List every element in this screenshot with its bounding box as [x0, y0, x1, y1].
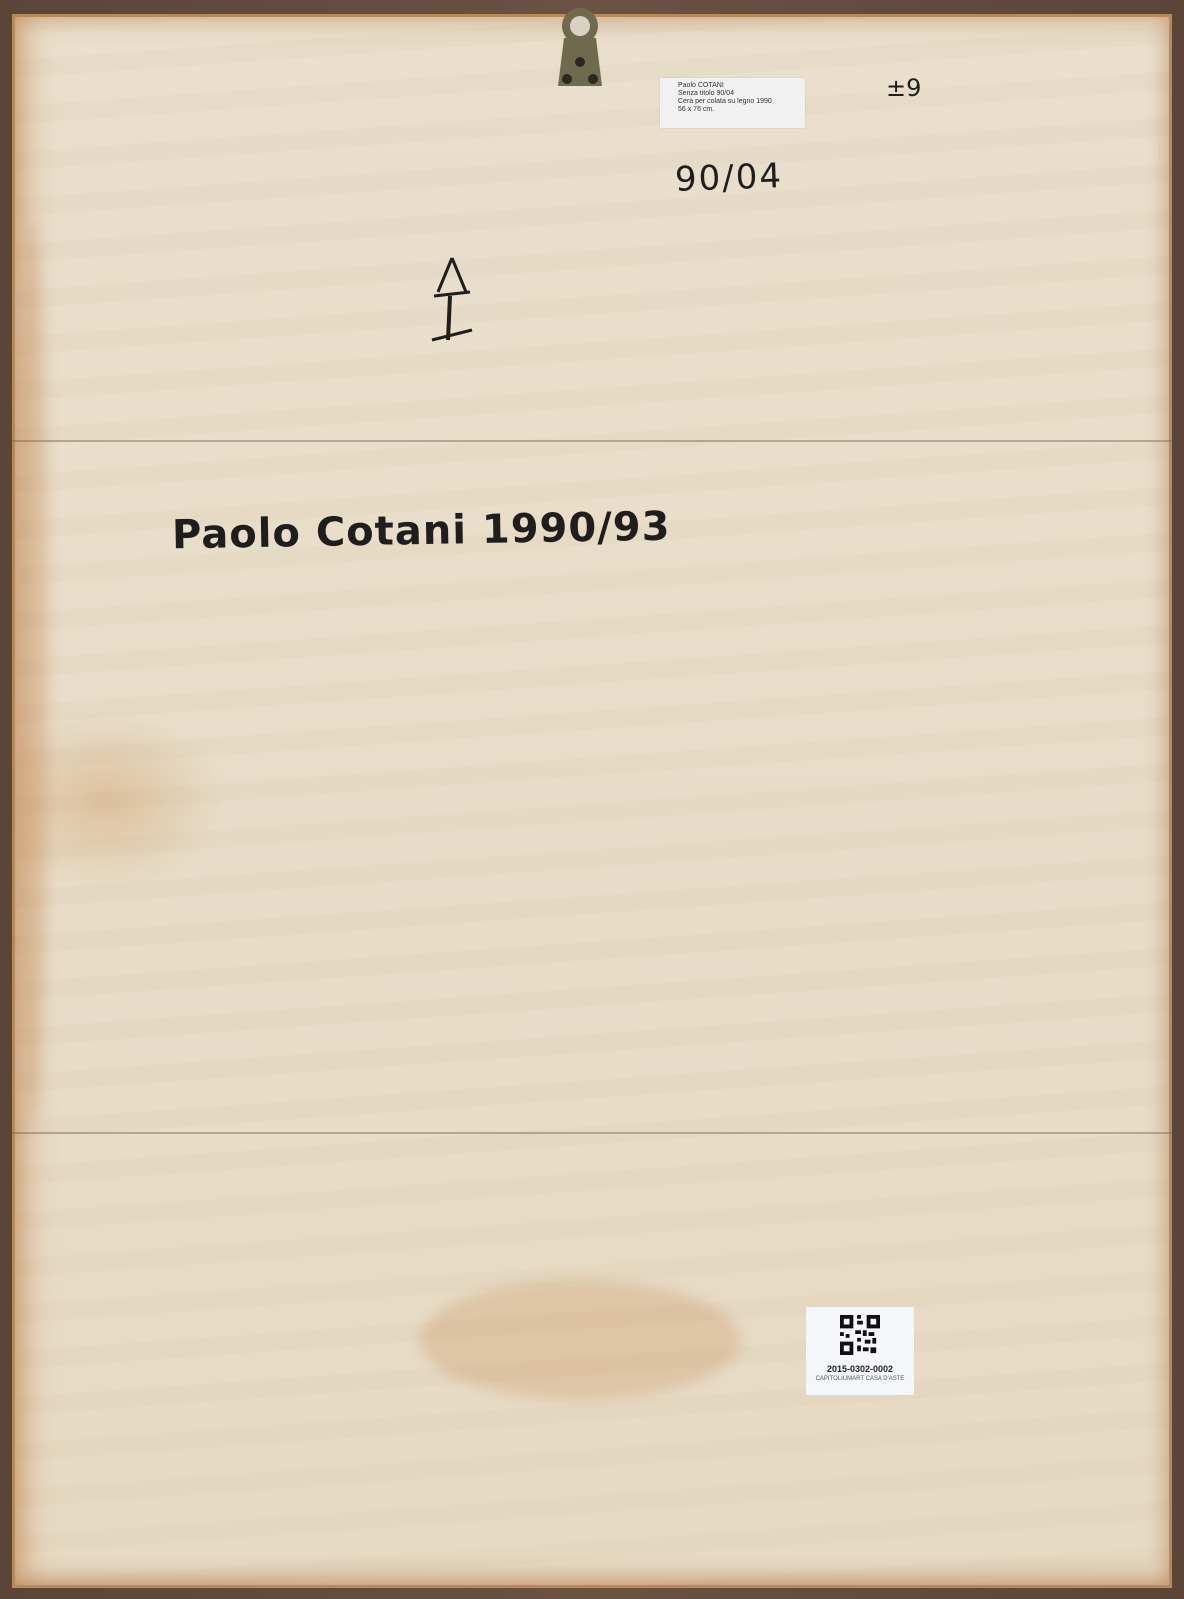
artist-signature: Paolo Cotani 1990/93: [172, 504, 671, 559]
label-dimensions: 56 x 76 cm.: [678, 106, 805, 114]
water-stain: [420, 1280, 740, 1400]
up-arrow-icon: [428, 252, 476, 344]
label-medium: Cera per colata su legno 1990: [678, 98, 805, 106]
inventory-sticker: 2015-0302-0002 CAPITOLIUMART CASA D'ASTE: [806, 1307, 914, 1395]
label-artist: Paolo COTANI: [678, 82, 805, 90]
water-stain: [18, 220, 48, 1120]
corner-mark: ±9: [886, 74, 921, 102]
plank-seam: [12, 440, 1172, 442]
qr-code-icon: [840, 1315, 880, 1355]
plank-seam: [12, 1132, 1172, 1134]
artwork-label: Paolo COTANI Senza titolo 90/04 Cera per…: [660, 78, 805, 128]
catalog-number: 90/04: [674, 156, 783, 200]
hanger-bracket-icon: [556, 6, 604, 88]
label-title: Senza titolo 90/04: [678, 90, 805, 98]
inventory-code: 2015-0302-0002: [806, 1364, 914, 1374]
auction-house: CAPITOLIUMART CASA D'ASTE: [806, 1376, 914, 1382]
